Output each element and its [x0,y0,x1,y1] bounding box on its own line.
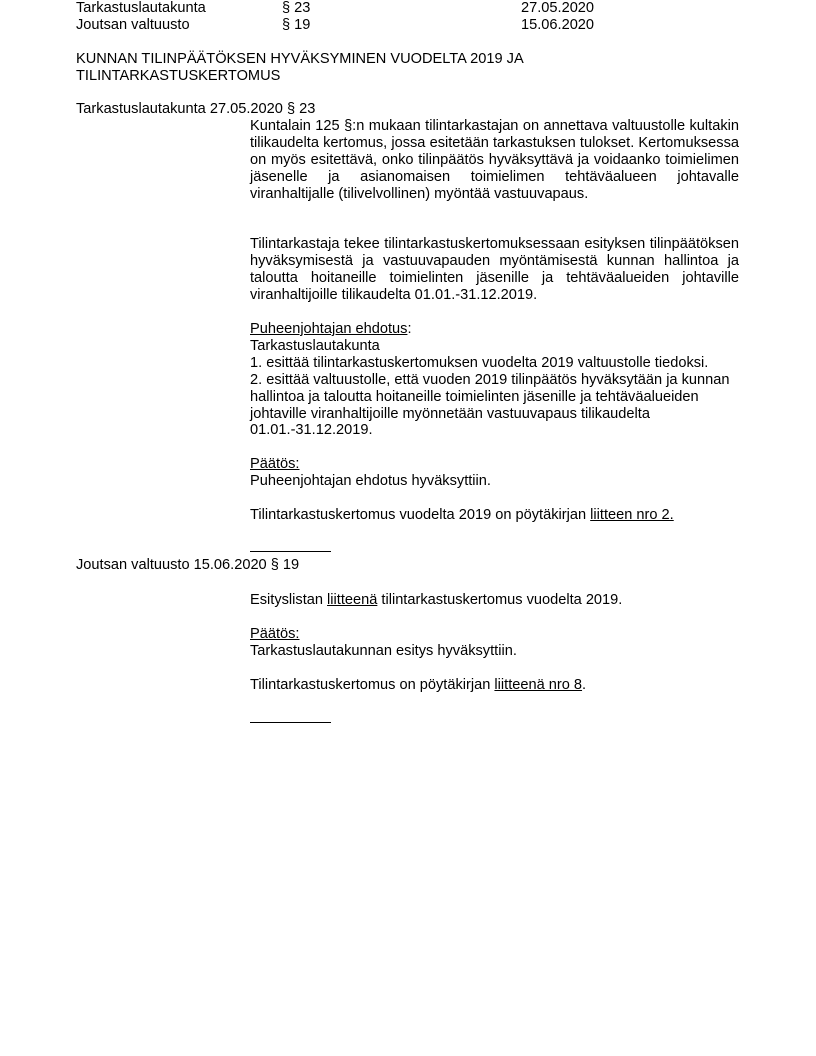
para2-text: Tilintarkastaja tekee tilintarkastuskert… [250,236,739,304]
header-date-1: 27.05.2020 [521,0,594,17]
decision-text: Tarkastuslautakunnan esitys hyväksyttiin… [250,643,739,660]
section2-divider [250,711,331,728]
section2-decision: Päätös: Tarkastuslautakunnan esitys hyvä… [250,626,739,660]
section1-para2: Tilintarkastaja tekee tilintarkastuskert… [250,236,739,304]
proposal-line: 1. esittää tilintarkastuskertomuksen vuo… [250,355,739,372]
section1-attachment: Tilintarkastuskertomus vuodelta 2019 on … [250,507,739,524]
attachment-text: Tilintarkastuskertomus vuodelta 2019 on … [250,507,590,523]
header-date-2: 15.06.2020 [521,17,594,34]
attachment-suffix: . [582,677,586,693]
section2-attachment: Tilintarkastuskertomus on pöytäkirjan li… [250,677,739,694]
header-body-1: Tarkastuslautakunta [76,0,206,17]
proposal-line: hallintoa ja taloutta hoitaneille toimie… [250,389,739,406]
proposal-label: Puheenjohtajan ehdotus [250,321,407,337]
title-line-2: TILINTARKASTUSKERTOMUS [76,68,280,85]
intro-attachment-link[interactable]: liitteenä [327,592,377,608]
section2-intro: Esityslistan liitteenä tilintarkastusker… [250,592,739,609]
section2-heading: Joutsan valtuusto 15.06.2020 § 19 [76,557,299,574]
proposal-line: johtaville viranhaltijoille myönnetään v… [250,406,739,423]
intro-suffix: tilintarkastuskertomus vuodelta 2019. [377,592,622,608]
header-body-2: Joutsan valtuusto [76,17,190,34]
attachment-link[interactable]: liitteen nro 2. [590,507,674,523]
header-section-2: § 19 [282,17,310,34]
para1-text: Kuntalain 125 §:n mukaan tilintarkastaja… [250,118,739,203]
decision-label: Päätös: [250,626,300,642]
section1-divider [250,540,331,557]
section1-decision: Päätös: Puheenjohtajan ehdotus hyväksytt… [250,456,739,490]
proposal-block: Puheenjohtajan ehdotus: Tarkastuslautaku… [250,321,739,439]
proposal-line: 2. esittää valtuustolle, että vuoden 201… [250,372,739,389]
attachment-text: Tilintarkastuskertomus on pöytäkirjan [250,677,494,693]
title-line-1: KUNNAN TILINPÄÄTÖKSEN HYVÄKSYMINEN VUODE… [76,51,524,68]
header-section-1: § 23 [282,0,310,17]
proposal-heading: Puheenjohtajan ehdotus: [250,321,739,338]
section1-para1: Kuntalain 125 §:n mukaan tilintarkastaja… [250,118,739,203]
decision-text: Puheenjohtajan ehdotus hyväksyttiin. [250,473,739,490]
intro-prefix: Esityslistan [250,592,327,608]
section1-heading: Tarkastuslautakunta 27.05.2020 § 23 [76,101,315,118]
attachment-link[interactable]: liitteenä nro 8 [494,677,582,693]
proposal-line: Tarkastuslautakunta [250,338,739,355]
decision-label: Päätös: [250,456,300,472]
proposal-line: 01.01.-31.12.2019. [250,422,739,439]
proposal-colon: : [407,321,411,337]
